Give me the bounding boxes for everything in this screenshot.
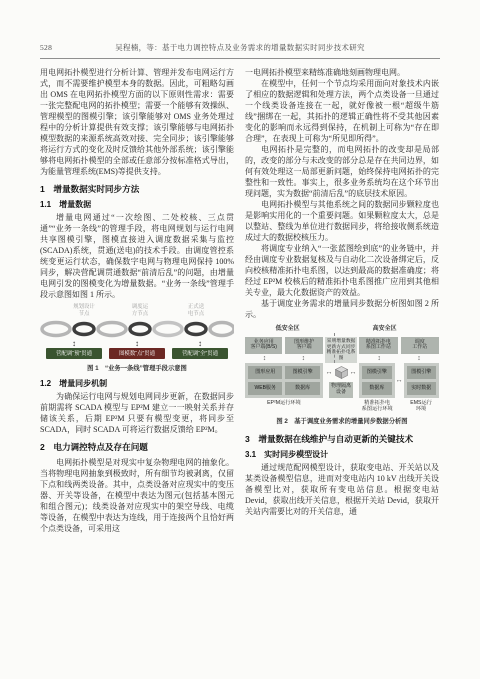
figure1-arrows: ↕ ↕ ↕: [40, 339, 234, 348]
double-arrow-icon: ↔: [326, 367, 333, 378]
topology-runtime-label: 精准拓扑电 系图运行环境: [359, 400, 395, 412]
paragraph: 用电网拓扑模型进行分析计算、管理并发布电网运行方式，而不需要维护模型本身的数据。…: [40, 67, 234, 177]
box-web-service: WEB服务: [248, 382, 282, 395]
paragraph: 电网拓扑模型是对现实中复杂物理电网的抽象化。当将物理电网抽象到极致时，所有细节均…: [40, 457, 234, 534]
box-dispatch-workstation: 调度 工作站: [401, 337, 439, 354]
double-arrow-icon: ↕: [263, 354, 267, 363]
box-model-engine: 图模引擎: [362, 366, 391, 379]
figure-1: 规划设计 节点 调度运 方节点 正式送 电节点 ↕ ↕ ↕: [40, 304, 234, 374]
subsection-heading-3-1: 3.1 实时同步模型设计: [245, 449, 439, 460]
paragraph: 电网拓扑模型与其他系统之间的数据同步颗粒度也是影响实用化的一个重要问题。如果颗粒…: [245, 199, 439, 243]
double-arrow-icon: ↕: [172, 339, 228, 348]
left-vertical-arrows: ↕ ↕: [245, 354, 323, 363]
double-arrow-icon: ↕: [377, 354, 381, 363]
paragraph: 为确保运行电网与规划电网同步更新，在数据同步前期需将 SCADA 模型与 EP²…: [40, 391, 234, 435]
double-arrow-icon: ↕: [109, 339, 165, 348]
node-label: 规划设计 节点: [62, 304, 106, 317]
right-column: 一电网拓扑模型来精练准确地刻画物理电网。 在模型中，任何一个节点均采用面向对象技…: [245, 67, 439, 534]
figure1-node-labels: 规划设计 节点 调度运 方节点 正式送 电节点: [40, 304, 234, 319]
subsection-heading-1-1: 1.1 增量数据: [40, 199, 234, 210]
running-title: 吴程楠，等：基于电力调控特点及业务需求的增量数据实时同步技术研究: [80, 42, 400, 53]
paper-page: 528 吴程楠，等：基于电力调控特点及业务需求的增量数据实时同步技术研究 用电网…: [0, 0, 480, 679]
topology-runtime-box: 图模引擎 数据库: [359, 363, 394, 398]
section-heading-2: 2 电力调控特点及存在问题: [40, 441, 234, 453]
isolation-device-row: ↔ ↔: [325, 365, 357, 380]
paragraph: 一电网拓扑模型来精练准确地刻画物理电网。: [245, 67, 439, 78]
paragraph: 电网拓扑是完整的，而电网拓扑的改变却是局部的，改变的部分与未改变的部分总是存在共…: [245, 144, 439, 199]
figure1-caption: 图 1 “业务一条线”管理手段示意图: [40, 363, 234, 374]
page-header: 528 吴程楠，等：基于电力调控特点及业务需求的增量数据实时同步技术研究: [40, 42, 440, 53]
figure1-boxes: 营配调“预”贯通 图模数“点”贯通 营配调“全”贯通: [40, 348, 234, 359]
paragraph: 将调度专业纳入“一张蓝图绘到底”的业务链中，并经由调度专业数据复核及与自动化二次…: [245, 243, 439, 298]
box-graphic-client: 图形维护 客户端: [285, 337, 322, 354]
box-database: 数据库: [285, 382, 319, 395]
left-client-boxes: 业务应用 客户端(B/S) 图形维护 客户端: [245, 337, 323, 354]
ep2m-environment-label: EP²M运行环境: [245, 400, 323, 406]
double-arrow-icon: ↕: [302, 354, 306, 363]
figure1-box: 图模数“点”贯通: [109, 348, 165, 359]
double-arrow-icon: ↔: [396, 375, 403, 386]
physical-isolation-device-box: 物理隔离设备: [329, 382, 354, 398]
paragraph: 在模型中，任何一个节点均采用面向对象技术内嵌了相应的数据逻辑和处理方法，两个点类…: [245, 78, 439, 144]
header-rule: [40, 58, 440, 59]
box-realtime-data: 实时数据: [407, 382, 436, 395]
double-arrow-icon: ↕: [46, 339, 102, 348]
paragraph: 基于调度业务需求的增量同步数据分析图如图 2 所示。: [245, 298, 439, 320]
figure1-box: 营配调“全”贯通: [172, 348, 228, 359]
paragraph: 通过规范配网模型设计，获取变电站、开关站以及某类设备模型信息，进而对变电站内 1…: [245, 462, 439, 517]
double-arrow-icon: ↕: [417, 354, 421, 363]
box-database: 数据库: [362, 382, 391, 395]
node-label: 正式送 电节点: [174, 304, 218, 317]
chain-graphic: [40, 319, 234, 339]
figure2-caption: 图 2 基于调度业务需求的增量同步数据分析图: [245, 416, 439, 427]
box-model-engine: 图模引擎: [285, 366, 319, 379]
subsection-heading-1-2: 1.2 增量同步机制: [40, 378, 234, 389]
right-vertical-arrows: ↕ ↕: [359, 354, 439, 363]
figure-2: 低安全区 高安全区 业务应用 客户端(B/S) 图形维护 客户端 ↕ ↕: [245, 324, 439, 427]
figure1-box: 营配调“预”贯通: [46, 348, 102, 359]
figure2-diagram: 业务应用 客户端(B/S) 图形维护 客户端 ↕ ↕ 图形应用 图模引擎 WEB…: [245, 337, 439, 412]
paragraph: 增量电网通过“一次绘图、二处校核、三点贯通”“业务一条线”的管理手段，将电网规划…: [40, 212, 234, 300]
ems-runtime-box: 图模引擎 实时数据: [404, 363, 439, 398]
figure2-right-group: 精准拓扑电 系图工作站 调度 工作站 ↕ ↕ 图模引擎 数据库: [359, 337, 439, 412]
right-environment-boxes: 图模引擎 数据库 ↔ 图模引擎 实时数据: [359, 363, 439, 398]
page-number: 528: [40, 43, 80, 52]
ep2m-environment-box: 图形应用 图模引擎 WEB服务 数据库: [245, 363, 323, 398]
incremental-update-note: 采用增量数据更新方式同步精准拓扑电系图: [325, 337, 357, 363]
right-workstation-boxes: 精准拓扑电 系图工作站 调度 工作站: [359, 337, 439, 354]
left-column: 用电网拓扑模型进行分析计算、管理并发布电网运行方式，而不需要维护模型本身的数据。…: [40, 67, 234, 534]
cube-icon: [334, 365, 349, 380]
figure2-middle-group: 采用增量数据更新方式同步精准拓扑电系图 ↔ ↔ 物理隔离设备: [325, 337, 357, 412]
two-column-body: 用电网拓扑模型进行分析计算、管理并发布电网运行方式，而不需要维护模型本身的数据。…: [40, 67, 440, 534]
ems-runtime-label: EMS运行 环境: [403, 400, 439, 412]
section-heading-1: 1 增量数据实时同步方法: [40, 183, 234, 195]
double-arrow-icon: ↔: [350, 367, 357, 378]
right-environment-labels: 精准拓扑电 系图运行环境 EMS运行 环境: [359, 398, 439, 412]
figure2-left-group: 业务应用 客户端(B/S) 图形维护 客户端 ↕ ↕ 图形应用 图模引擎 WEB…: [245, 337, 323, 412]
box-business-client: 业务应用 客户端(B/S): [245, 337, 282, 354]
zone-divider-dashed-line: [334, 333, 335, 363]
box-graphic-app: 图形应用: [248, 366, 282, 379]
figure2-zone-labels: 低安全区 高安全区: [245, 324, 439, 335]
node-label: 调度运 方节点: [118, 304, 162, 317]
box-topology-workstation: 精准拓扑电 系图工作站: [359, 337, 397, 354]
zone-label-high-security: 高安全区: [330, 324, 439, 335]
zone-label-low-security: 低安全区: [245, 324, 330, 335]
box-model-engine: 图模引擎: [407, 366, 436, 379]
section-heading-3: 3 增量数据在线维护与自动更新的关键技术: [245, 433, 439, 445]
